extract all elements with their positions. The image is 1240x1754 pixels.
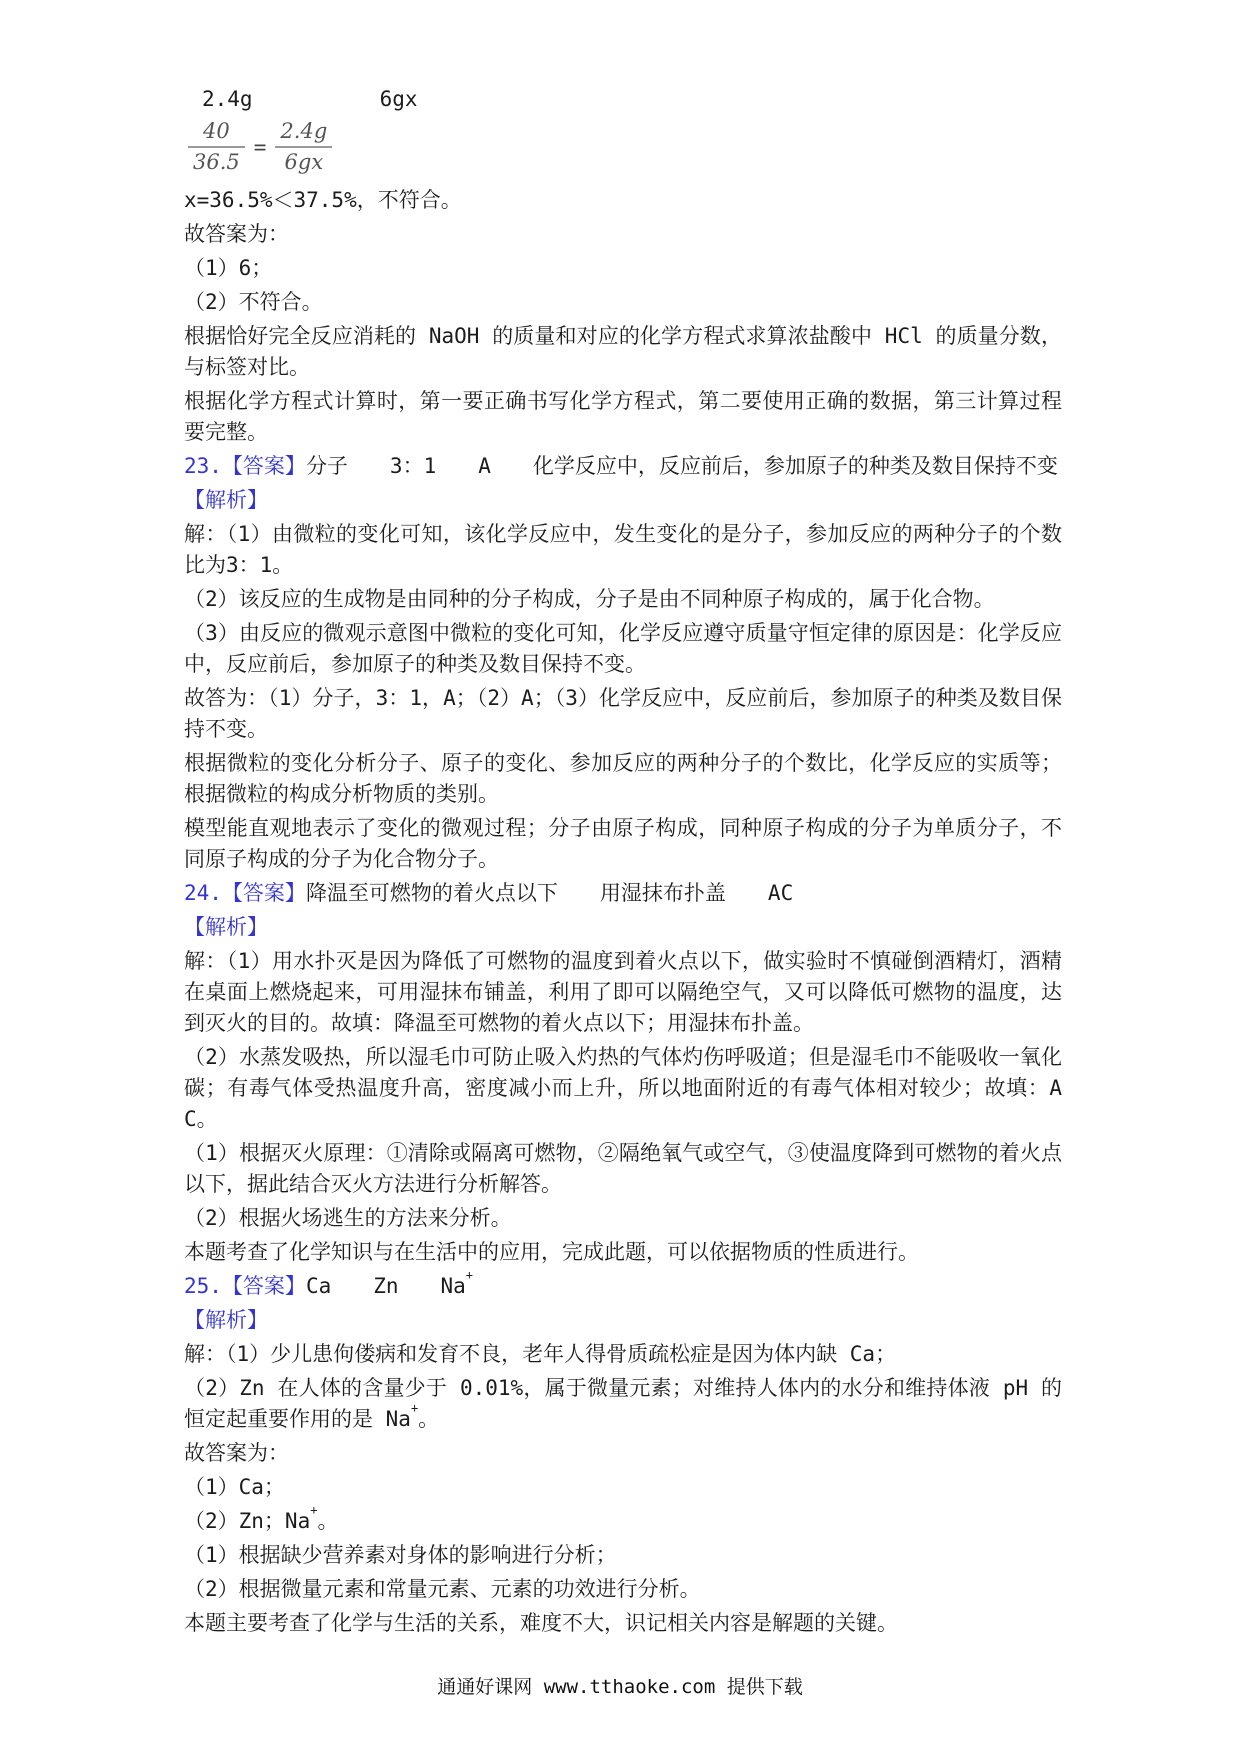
q25-note-2: （2）根据微量元素和常量元素、元素的功效进行分析。: [184, 1574, 1062, 1605]
text-segment: （2）Zn；Na: [184, 1509, 310, 1533]
text-segment: 根据微粒的变化分析分子、原子的变化、参加反应的两种分子的个数比，化学反应的实质等…: [184, 751, 1062, 806]
q25-solution-1: 解：（1）少儿患佝偻病和发育不良，老年人得骨质疏松症是因为体内缺 Ca；: [184, 1339, 1062, 1370]
text-segment: （2）根据火场逃生的方法来分析。: [184, 1206, 512, 1230]
calc-result-line: x=36.5%＜37.5%，不符合。: [184, 185, 1062, 216]
given-mass-right: 6gx: [380, 87, 418, 111]
equation-mass-values: 2.4g6gx: [184, 84, 1062, 115]
q24-answer: 24.【答案】降温至可燃物的着火点以下 用湿抹布扑盖 AC: [184, 878, 1062, 909]
text-segment: 本题主要考查了化学与生活的关系，难度不大，识记相关内容是解题的关键。: [184, 1611, 898, 1635]
fraction-rhs-numerator: 2.4g: [275, 119, 332, 148]
text-segment: 解：（1）由微粒的变化可知，该化学反应中，发生变化的是分子，参加反应的两种分子的…: [184, 522, 1062, 577]
q23-note-1: 根据微粒的变化分析分子、原子的变化、参加反应的两种分子的个数比，化学反应的实质等…: [184, 748, 1062, 810]
text-segment: （2）该反应的生成物是由同种的分子构成，分子是由不同种原子构成的，属于化合物。: [184, 587, 995, 611]
text-segment: （1）根据缺少营养素对身体的影响进行分析；: [184, 1543, 617, 1567]
q24-solution-1: 解：（1）用水扑灭是因为降低了可燃物的温度到着火点以下，做实验时不慎碰倒酒精灯，…: [184, 946, 1062, 1039]
fraction-lhs-denominator: 36.5: [188, 148, 245, 175]
text-segment: （2）不符合。: [184, 290, 323, 314]
fraction-lhs-numerator: 40: [188, 119, 245, 148]
q24-solution-2: （2）水蒸发吸热，所以湿毛巾可防止吸入灼热的气体灼伤呼吸道；但是湿毛巾不能吸收一…: [184, 1042, 1062, 1135]
text-segment: 降温至可燃物的着火点以下 用湿抹布扑盖 AC: [306, 881, 793, 905]
text-segment: x=36.5%＜37.5%，不符合。: [184, 188, 462, 212]
text-segment: 故答案为：: [184, 1441, 289, 1465]
text-segment: 根据恰好完全反应消耗的 NaOH 的质量和对应的化学方程式求算浓盐酸中 HCl …: [184, 324, 1062, 379]
text-segment: （2）根据微量元素和常量元素、元素的功效进行分析。: [184, 1577, 701, 1601]
q22-answer-intro: 故答案为：: [184, 219, 1062, 250]
q23-answer: 23.【答案】分子 3：1 A 化学反应中，反应前后，参加原子的种类及数目保持不…: [184, 451, 1062, 482]
text-segment: （2）Zn 在人体的含量少于 0.01%，属于微量元素；对维持人体内的水分和维持…: [184, 1376, 1062, 1431]
q25-analysis-label: 【解析】: [184, 1305, 1062, 1336]
q25-conclusion-intro: 故答案为：: [184, 1438, 1062, 1469]
superscript-charge: +: [466, 1268, 473, 1282]
text-segment: （1）6；: [184, 256, 272, 280]
q24-note-3: 本题考查了化学知识与在生活中的应用，完成此题，可以依据物质的性质进行。: [184, 1237, 1062, 1268]
answer-marker: 【解析】: [184, 488, 268, 512]
q22-answer-1: （1）6；: [184, 253, 1062, 284]
answer-marker: 23.【答案】: [184, 454, 306, 478]
text-segment: 故答为：（1）分子，3：1，A；（2）A；（3）化学反应中，反应前后，参加原子的…: [184, 686, 1062, 741]
equals-sign: =: [254, 135, 267, 160]
fraction-lhs: 40 36.5: [188, 119, 245, 175]
text-segment: （2）水蒸发吸热，所以湿毛巾可防止吸入灼热的气体灼伤呼吸道；但是湿毛巾不能吸收一…: [184, 1045, 1062, 1131]
q23-analysis-label: 【解析】: [184, 485, 1062, 516]
q25-answer: 25.【答案】Ca Zn Na+: [184, 1271, 1062, 1302]
q24-note-2: （2）根据火场逃生的方法来分析。: [184, 1203, 1062, 1234]
text-segment: 本题考查了化学知识与在生活中的应用，完成此题，可以依据物质的性质进行。: [184, 1240, 919, 1264]
q25-conclusion-2: （2）Zn；Na+。: [184, 1506, 1062, 1537]
answer-marker: 【解析】: [184, 1308, 268, 1332]
text-segment: 根据化学方程式计算时，第一要正确书写化学方程式，第二要使用正确的数据，第三计算过…: [184, 389, 1062, 444]
q25-solution-2: （2）Zn 在人体的含量少于 0.01%，属于微量元素；对维持人体内的水分和维持…: [184, 1373, 1062, 1435]
q22-answer-2: （2）不符合。: [184, 287, 1062, 318]
q23-conclusion: 故答为：（1）分子，3：1，A；（2）A；（3）化学反应中，反应前后，参加原子的…: [184, 683, 1062, 745]
answer-marker: 【解析】: [184, 915, 268, 939]
q22-note-1: 根据恰好完全反应消耗的 NaOH 的质量和对应的化学方程式求算浓盐酸中 HCl …: [184, 321, 1062, 383]
text-segment: 模型能直观地表示了变化的微观过程；分子由原子构成，同种原子构成的分子为单质分子，…: [184, 816, 1062, 871]
given-mass-left: 2.4g: [202, 87, 253, 111]
answer-marker: 25.【答案】: [184, 1274, 306, 1298]
content-blocks: x=36.5%＜37.5%，不符合。故答案为：（1）6；（2）不符合。根据恰好完…: [184, 185, 1062, 1639]
q22-note-2: 根据化学方程式计算时，第一要正确书写化学方程式，第二要使用正确的数据，第三计算过…: [184, 386, 1062, 448]
q25-note-3: 本题主要考查了化学与生活的关系，难度不大，识记相关内容是解题的关键。: [184, 1608, 1062, 1639]
answer-marker: 24.【答案】: [184, 881, 306, 905]
text-segment: （1）根据灭火原理：①清除或隔离可燃物，②隔绝氧气或空气，③使温度降到可燃物的着…: [184, 1141, 1062, 1196]
text-segment: 故答案为：: [184, 222, 289, 246]
q23-note-2: 模型能直观地表示了变化的微观过程；分子由原子构成，同种原子构成的分子为单质分子，…: [184, 813, 1062, 875]
content-area: 2.4g6gx 40 36.5 = 2.4g 6gx x=36.5%＜37.5%…: [184, 84, 1062, 1642]
text-segment: Ca Zn Na: [306, 1274, 466, 1298]
q23-solution-3: （3）由反应的微观示意图中微粒的变化可知，化学反应遵守质量守恒定律的原因是：化学…: [184, 618, 1062, 680]
q25-note-1: （1）根据缺少营养素对身体的影响进行分析；: [184, 1540, 1062, 1571]
text-segment: 解：（1）用水扑灭是因为降低了可燃物的温度到着火点以下，做实验时不慎碰倒酒精灯，…: [184, 949, 1062, 1035]
superscript-charge: +: [310, 1503, 317, 1517]
text-segment: 。: [317, 1509, 338, 1533]
proportion-equation: 40 36.5 = 2.4g 6gx: [184, 119, 1062, 175]
q25-conclusion-1: （1）Ca；: [184, 1472, 1062, 1503]
text-segment: （3）由反应的微观示意图中微粒的变化可知，化学反应遵守质量守恒定律的原因是：化学…: [184, 621, 1062, 676]
page-footer: 通通好课网 www.tthaoke.com 提供下载: [0, 1672, 1240, 1703]
text-segment: （1）Ca；: [184, 1475, 285, 1499]
q23-solution-2: （2）该反应的生成物是由同种的分子构成，分子是由不同种原子构成的，属于化合物。: [184, 584, 1062, 615]
q23-solution-1: 解：（1）由微粒的变化可知，该化学反应中，发生变化的是分子，参加反应的两种分子的…: [184, 519, 1062, 581]
fraction-rhs: 2.4g 6gx: [275, 119, 332, 175]
superscript-charge: +: [411, 1401, 418, 1415]
q24-note-1: （1）根据灭火原理：①清除或隔离可燃物，②隔绝氧气或空气，③使温度降到可燃物的着…: [184, 1138, 1062, 1200]
text-segment: 解：（1）少儿患佝偻病和发育不良，老年人得骨质疏松症是因为体内缺 Ca；: [184, 1342, 896, 1366]
text-segment: 。: [418, 1407, 439, 1431]
q24-analysis-label: 【解析】: [184, 912, 1062, 943]
text-segment: 分子 3：1 A 化学反应中，反应前后，参加原子的种类及数目保持不变: [306, 454, 1058, 478]
fraction-rhs-denominator: 6gx: [275, 148, 332, 175]
